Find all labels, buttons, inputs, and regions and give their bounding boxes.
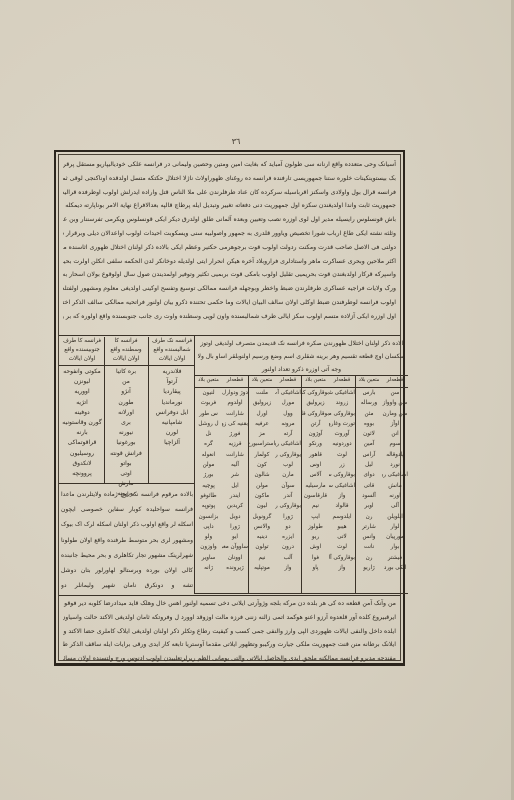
cell: نانت — [356, 542, 382, 552]
header-sections: قطعه‌لر — [222, 375, 248, 386]
prose-line: دولتی فی الاصل صاحب قدرت ومکنت ردولت اول… — [63, 241, 396, 255]
ports-paragraph: بالاده مرقوم فرانسه نک اوچ ژماده ولایتلر… — [61, 487, 193, 593]
cell: فوا — [302, 553, 329, 563]
cell: اولدوم — [222, 398, 248, 408]
para-line: اسکله لر واقع اولوب ذکر اولنان اسکله لرک… — [61, 517, 193, 532]
cell: زیرولیق — [249, 398, 275, 408]
cell: دوفینه — [60, 408, 104, 418]
prose-line: آسیانک وحی متعدده واقع ارنانه سی طولون آ… — [63, 158, 396, 172]
cell: آراس — [356, 450, 382, 460]
cell: سن واوواز — [382, 398, 408, 408]
cell: اشاغیکی رن — [275, 439, 301, 449]
cell: آنژو — [104, 387, 148, 397]
cell: قراقوتماکی — [60, 438, 104, 448]
cell: داپی — [195, 522, 222, 532]
prose-line: اولوب فرانسه لوطرفندن ضبط اوکلی اولان سا… — [63, 296, 396, 310]
cell: فیشتر — [382, 553, 408, 563]
cell: من — [104, 377, 148, 387]
cell: آرته — [275, 429, 301, 439]
cell: آلزاچیا — [149, 438, 195, 448]
para-line: بالاده مرقوم فرانسه نک اوچ ژماده ولایتلر… — [61, 487, 193, 502]
cell: مارن — [275, 470, 301, 480]
table-bottom-rule — [59, 483, 195, 484]
cell: اشاغیکی سینه — [329, 481, 355, 491]
cell: کولمار — [249, 450, 275, 460]
cell: آوروت — [329, 429, 355, 439]
towns-column: بارس ورساله مئن بووه لائون آمین آراس لیل… — [356, 388, 382, 573]
cell: نورد — [382, 460, 408, 470]
cell: اووریه — [60, 387, 104, 397]
cell: ساووآن مغرب — [222, 542, 248, 552]
cell: بوقاروکی سینه — [329, 470, 355, 480]
prose-line: فرانسه قرال بول واولادی واسکنز اقرباسیله… — [63, 186, 396, 200]
para-line: شهرلرینک مشهور تجار تکاهلری و بحر محیط ج… — [61, 548, 193, 563]
cell: اوونان — [222, 553, 248, 563]
towns-column: بوقاروکی کمپت زیرولیق بوقاروکی قارلی آرت… — [302, 388, 329, 573]
prose-line: ایلانک برطانه منن قنت جمهوریت ملکی جیارت… — [63, 638, 396, 652]
cell: اشاغیکی آب — [275, 388, 301, 398]
cell: بارنه — [60, 428, 104, 438]
cell: اشاغیکی شارات — [329, 388, 355, 398]
cell: بارس — [356, 388, 382, 398]
cell: شامپانیه — [149, 418, 195, 428]
section-divider — [59, 595, 400, 596]
intro-line: بالاده ذکر اولنان اختلال ظهورندن صکره فر… — [198, 337, 405, 350]
cell: نل — [195, 429, 222, 439]
cell: اوش — [302, 542, 329, 552]
cell: شارتر — [356, 522, 382, 532]
cell: ایلدوسم — [329, 512, 355, 522]
cell: پادوقاله — [382, 450, 408, 460]
cell: بوقاروکی رن — [275, 501, 301, 511]
cell: لاتی — [329, 532, 355, 542]
header-center: فرانسه کا وسطنده واقع اولان ایالات — [104, 337, 148, 365]
cell: استراسبورغ — [249, 439, 275, 449]
cell: گره — [195, 439, 222, 449]
cell: نیم — [302, 501, 329, 511]
cell: طولوز — [302, 522, 329, 532]
province-region-table: فرانسه نک طرف شمالیسنده واقع اولان ایالا… — [59, 337, 195, 594]
prose-line: وثلثه نشته ایکی طاغ ارباب شورا تخصیص ویا… — [63, 227, 396, 241]
cell: وانس — [356, 532, 382, 542]
cell: آندر — [275, 491, 301, 501]
cell: هیبو — [329, 522, 355, 532]
cell: ایپ — [302, 512, 329, 522]
cell: بقنیه کی زواو — [222, 419, 248, 429]
cell: اوبر — [356, 501, 382, 511]
cell: پاو — [302, 563, 329, 573]
prose-line: جمهوریت ثابت واندا اولدیغندن سکزه اول جم… — [63, 199, 396, 213]
cell: ژاریو — [356, 563, 382, 573]
cell: اورلانه — [104, 408, 148, 418]
cell: ایلویلن — [382, 512, 408, 522]
cell: یوقاروکی رن — [275, 450, 301, 460]
text-frame: آسیانک وحی متعدده واقع ارنانه سی طولون آ… — [54, 150, 405, 665]
header-south: فرانسه کا طرف جنوبیسنده واقع اولان ایالا… — [60, 337, 104, 365]
cell: عرفیه — [249, 419, 275, 429]
prose-line: واسپرکه قرکار اولدبغندن قوت بحریمیی تقلی… — [63, 268, 396, 282]
prose-line: ایرقبیروع کلده آور قلعدوه آرزو اعنو هوکم… — [63, 611, 396, 625]
cell: انغوله — [195, 450, 222, 460]
cell: اورل — [249, 409, 275, 419]
cell: لیونزن — [60, 377, 104, 387]
cell: مورل — [275, 398, 301, 408]
cell: ژورا — [222, 522, 248, 532]
cell: مئن — [356, 409, 382, 419]
cell: شالون — [249, 470, 275, 480]
north-provinces-column: فلاندریه آرتوآ پیقاردیا نورماندیا ایل دو… — [149, 367, 195, 449]
cell: آلاس — [302, 470, 329, 480]
cell: ملنت — [249, 388, 275, 398]
cell: ژورا — [275, 512, 301, 522]
south-provinces-column: مکوتی وانفوحه لیونزن اووریه اتژیه دوفینه… — [60, 367, 104, 479]
cell: نیورنه — [104, 428, 148, 438]
cell: واز — [275, 563, 301, 573]
header-towns: متعین بلاد — [249, 375, 275, 386]
central-provinces-column: بره کاتیا من آنژو طورن اورلانه بری نیورن… — [104, 367, 148, 500]
cell: دوبل — [222, 512, 248, 522]
cell: بزانسون — [195, 512, 222, 522]
cell: پوتوپه — [195, 501, 222, 511]
cell: طائوفو — [195, 491, 222, 501]
cell: بووه — [356, 419, 382, 429]
page-number: ٣٦ — [228, 137, 244, 146]
cell: سوم — [382, 439, 408, 449]
intro-line: سکسان اوچ قطعه تقسیم وهر برینه شقلری اسم… — [198, 350, 405, 363]
cell: زیرولیق — [302, 398, 329, 408]
cell: بری — [104, 418, 148, 428]
cell: ایل — [222, 481, 248, 491]
cell: آرتن — [302, 419, 329, 429]
cell: آلیه — [222, 460, 248, 470]
header-sections: قطعه‌لر — [275, 375, 301, 386]
cell: ورساله — [356, 398, 382, 408]
header-north: فرانسه نک طرف شمالیسنده واقع اولان ایالا… — [149, 337, 195, 365]
cell: ایندر — [222, 491, 248, 501]
cell: اورنه — [382, 491, 408, 501]
cell: پروونچه — [60, 469, 104, 479]
cell: دوای — [356, 470, 382, 480]
cell: دینیه — [249, 532, 275, 542]
cell: لوار — [382, 522, 408, 532]
cell: موتپلیه — [249, 563, 275, 573]
sections-column: اشاغیکی شارات زروند بوقاروکی مرل تورت وغ… — [329, 388, 355, 573]
prose-line: ایلده داخل والنفی ایالات ظهوردی الپی وار… — [63, 625, 396, 639]
header-sections: قطعه‌لر — [329, 375, 355, 386]
cell: اشاغیکی رن — [382, 470, 408, 480]
cell: قارقاسون — [302, 491, 329, 501]
cell: مولن — [195, 460, 222, 470]
cell: اوس — [302, 460, 329, 470]
cell: مانش — [382, 481, 408, 491]
cell: والانس — [249, 522, 275, 532]
cell: بوقاروکی قارلی — [302, 409, 329, 419]
cell: مکوتی وانفوحه — [60, 367, 104, 377]
cell: آلسود — [356, 491, 382, 501]
cell: واز — [329, 491, 355, 501]
section-divider — [59, 335, 400, 336]
cell: وول — [275, 409, 301, 419]
top-prose: آسیانک وحی متعدده واقع ارنانه سی طولون آ… — [63, 158, 396, 324]
cell: بوار — [382, 542, 408, 552]
cell: س طور — [195, 409, 222, 419]
cell: آلی — [382, 501, 408, 511]
cell: بوقاروکی آلپ — [329, 553, 355, 563]
province-table-header: فرانسه نک طرف شمالیسنده واقع اولان ایالا… — [59, 337, 195, 365]
cell: قرزیه — [222, 439, 248, 449]
departments-table: قطعه‌لر متعین بلاد قطعه‌لر متعین بلاد قط… — [195, 375, 408, 594]
cell: دوردونیه — [329, 439, 355, 449]
prose-line: مفندجه مدیرو فرانسه ممالکنه ملحق ایدی وا… — [63, 652, 396, 666]
header-towns: متعین بلاد — [302, 375, 329, 386]
cell: لیون — [249, 501, 275, 511]
cell: فرانش قونته — [104, 449, 148, 459]
cell: نورماندیا — [149, 398, 195, 408]
cell: زر — [329, 460, 355, 470]
cell: لوت — [329, 542, 355, 552]
cell: فلاندریه — [149, 367, 195, 377]
cell: ولو — [195, 532, 222, 542]
cell: انن — [382, 429, 408, 439]
cell: مز — [249, 429, 275, 439]
cell: درون — [275, 542, 301, 552]
cell: بوقاروکی مرل — [329, 409, 355, 419]
prose-line: اول اوزره ایکی آزلاده متسم اولوب سکز ایا… — [63, 310, 396, 324]
prose-line: بک بیستوینکینات خلوره ستنا جمهوریسی تارف… — [63, 172, 396, 186]
cell: بورغونیا — [104, 438, 148, 448]
cell: لنیون — [195, 388, 222, 398]
para-line: تشه و دونکرق نامان شهیر ولیمانلر دو — [61, 578, 193, 593]
prose-line: من وآنک آمن قطعه ده کی هر بلده دن مرکه ب… — [63, 597, 396, 611]
cell: اوآز — [382, 419, 408, 429]
cell: لوت — [329, 450, 355, 460]
cell: فورژ — [222, 429, 248, 439]
cell: اتکی بورد — [382, 563, 408, 573]
cell: مارسیلیه — [302, 481, 329, 491]
cell: رن — [356, 512, 382, 522]
cell: آلب — [275, 553, 301, 563]
header-sections: قطعه‌لر — [382, 375, 408, 386]
cell: تولون — [249, 542, 275, 552]
cell: سوآن — [275, 481, 301, 491]
cell: زروند — [329, 398, 355, 408]
cell: شارانت — [222, 450, 248, 460]
prose-line: باش قونسلوس رایسیله مدیر اول لوی اوزره ن… — [63, 213, 396, 227]
cell: ساویر — [195, 553, 222, 563]
cell: قاهور — [302, 450, 329, 460]
cell: قاتی — [356, 481, 382, 491]
cell: مرونه — [275, 419, 301, 429]
towns-column: لنیون فربوت س طور ل روشل نل گره انغوله م… — [195, 388, 222, 573]
cell: بوقاروکی کمپت — [302, 388, 329, 398]
cell: بره کاتیا — [104, 367, 148, 377]
cell: سن — [382, 388, 408, 398]
cell: فربوت — [195, 398, 222, 408]
cell: اتژیه — [60, 398, 104, 408]
prose-line: اکثر ملاحین وبحری عساکرت ماهر واستادلری … — [63, 255, 396, 269]
cell: لوب — [275, 460, 301, 470]
cell: واز — [329, 563, 355, 573]
sections-column: سن سن واوواز سن ومارن اوآز انن سوم پادوق… — [382, 388, 408, 573]
cell: آوژون — [302, 429, 329, 439]
cell: ماکون — [249, 491, 275, 501]
cell: دو — [275, 522, 301, 532]
cell: پیقاردیا — [149, 387, 195, 397]
cell: لورن — [149, 428, 195, 438]
header-rule — [59, 365, 195, 366]
cell: ایو — [222, 532, 248, 542]
cell: لائون — [356, 429, 382, 439]
cell: بواتو — [104, 459, 148, 469]
cell: شارانت — [222, 409, 248, 419]
cell: ورنکو — [302, 439, 329, 449]
cell: ایل دوفرانس — [149, 408, 195, 418]
cell: کون — [249, 460, 275, 470]
cell: گورن وقاستونیه — [60, 418, 104, 428]
towns-column: ملنت زیرولیق اورل عرفیه مز استراسبورغ کو… — [249, 388, 275, 573]
sections-column: اشاغیکی آب مورل وول مرونه آرته اشاغیکی ر… — [275, 388, 301, 573]
cell: دوژ ودوارل — [222, 388, 248, 398]
header-towns: متعین بلاد — [195, 375, 222, 386]
cell: بورژ — [195, 470, 222, 480]
cell: اوتی — [104, 469, 148, 479]
departments-section: بالاده ذکر اولنان اختلال ظهورندن صکره فر… — [195, 337, 408, 594]
para-line: فرانسه سواحلیده کوبار سفاین خصوصی ایچون — [61, 502, 193, 517]
cell: تورت وغارون — [329, 419, 355, 429]
departments-intro: بالاده ذکر اولنان اختلال ظهورندن صکره فر… — [198, 337, 405, 376]
cell: ل روشل — [195, 419, 222, 429]
cell: ریو — [302, 532, 329, 542]
cell: شر — [222, 470, 248, 480]
para-line: ومشهور لری بحر متوسط طرفنده واقع اولان ط… — [61, 533, 193, 548]
cell: واوزون — [195, 542, 222, 552]
header-towns: متعین بلاد — [356, 375, 382, 386]
prose-line: ورک ولایات فراجیه عساکری طرفلرندن ضبط وا… — [63, 282, 396, 296]
cell: رن — [356, 553, 382, 563]
sections-column: دوژ ودوارل اولدوم شارانت بقنیه کی زواو ف… — [222, 388, 248, 573]
frame-inner-border: آسیانک وحی متعدده واقع ارنانه سی طولون آ… — [58, 154, 401, 661]
cell: نیم — [249, 553, 275, 563]
cell: گرونوبل — [249, 512, 275, 522]
cell: قالواد — [329, 501, 355, 511]
cell: طورن — [104, 398, 148, 408]
cell: آرتوآ — [149, 377, 195, 387]
cell: لیل — [356, 460, 382, 470]
cell: ژیرونده — [222, 563, 248, 573]
cell: لانکدوق — [60, 459, 104, 469]
cell: آمین — [356, 439, 382, 449]
cell: ایزره — [275, 532, 301, 542]
cell: مورپیان — [382, 532, 408, 542]
cell: سن ومارن — [382, 409, 408, 419]
cell: روسیلیون — [60, 449, 104, 459]
bottom-prose: من وآنک آمن قطعه ده کی هر بلده دن مرکه ب… — [63, 597, 396, 666]
cell: کریدبن — [222, 501, 248, 511]
cell: پوچیه — [195, 481, 222, 491]
cell: مولن — [249, 481, 275, 491]
para-line: کالی اولان بورده وبرستالو لهاورلور بتان … — [61, 563, 193, 578]
cell: ژانه — [195, 563, 222, 573]
